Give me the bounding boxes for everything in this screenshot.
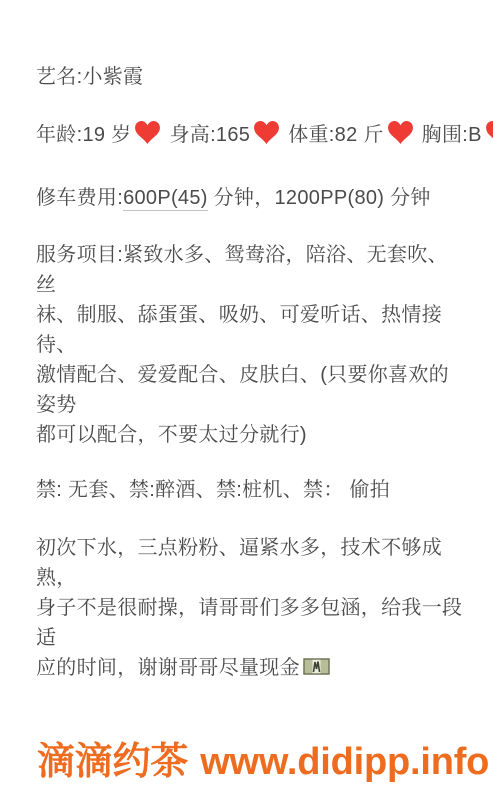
profile-text-block: 艺名:小紫霞 年龄:19 岁身高:165体重:82 斤胸围:B 修车费用:600… xyxy=(0,0,493,683)
intro-paragraph: 初次下水，三点粉粉、逼紧水多，技术不够成熟， 身子不是很耐操，请哥哥们多多包涵，… xyxy=(36,533,467,683)
restrictions-line: 禁: 无套、禁:醉酒、禁:桩机、禁： 偷拍 xyxy=(36,475,467,505)
stat-cup: 胸围:B xyxy=(422,124,482,146)
pricing-suffix: 分钟，1200PP(80) 分钟 xyxy=(208,187,431,209)
pricing-prefix: 修车费用: xyxy=(36,187,123,209)
stats-line: 年龄:19 岁身高:165体重:82 斤胸围:B xyxy=(36,120,467,150)
pricing-line: 修车费用:600P(45) 分钟，1200PP(80) 分钟 xyxy=(36,183,467,213)
services-paragraph: 服务项目:紧致水多、鸳鸯浴，陪浴、无套吹、丝 袜、制服、舔蛋蛋、吸奶、可爱听话、… xyxy=(36,240,467,450)
red-heart-icon xyxy=(254,120,279,150)
pricing-link[interactable]: 600P(45) xyxy=(123,187,208,211)
red-heart-icon xyxy=(486,120,493,150)
stat-height: 身高:165 xyxy=(169,124,250,146)
stage-name: 艺名:小紫霞 xyxy=(36,62,467,92)
red-heart-icon xyxy=(135,120,160,150)
stat-age: 年龄:19 岁 xyxy=(36,124,131,146)
red-heart-icon xyxy=(388,120,413,150)
brand-name: 滴滴约茶 xyxy=(37,741,188,783)
site-url[interactable]: www.didipp.info xyxy=(200,741,489,783)
ad-page: 艺名:小紫霞 年龄:19 岁身高:165体重:82 斤胸围:B 修车费用:600… xyxy=(0,0,493,683)
dollar-banknote-icon xyxy=(303,653,330,683)
watermark-footer: 滴滴约茶www.didipp.info xyxy=(37,737,489,787)
intro-text: 初次下水，三点粉粉、逼紧水多，技术不够成熟， 身子不是很耐操，请哥哥们多多包涵，… xyxy=(36,537,462,679)
stat-weight: 体重:82 斤 xyxy=(288,124,383,146)
